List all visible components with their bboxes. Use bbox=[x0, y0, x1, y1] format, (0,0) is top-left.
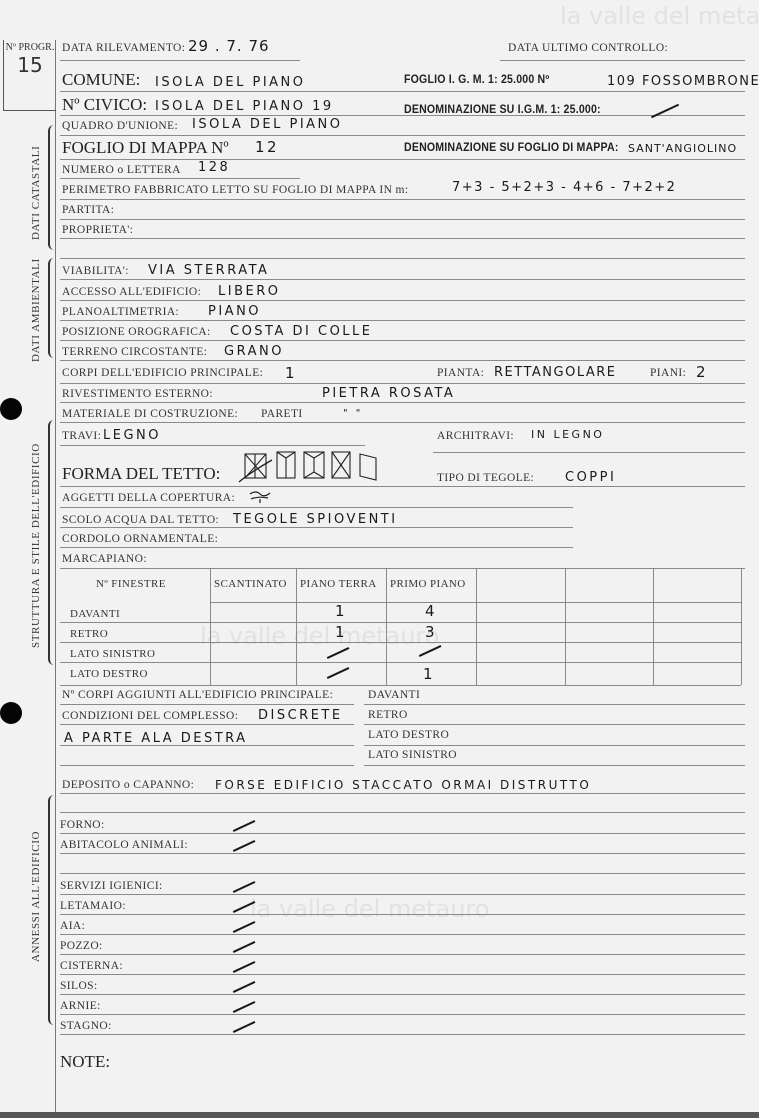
posizione-value[interactable]: COSTA DI COLLE bbox=[230, 324, 373, 339]
binder-hole bbox=[0, 398, 22, 420]
rule bbox=[60, 159, 745, 160]
corpi-aggiunti-lato-sinistro-label: LATO SINISTRO bbox=[368, 749, 457, 761]
rule bbox=[60, 974, 745, 975]
corpi-aggiunti-davanti-label: DAVANTI bbox=[368, 689, 420, 701]
piani-value[interactable]: 2 bbox=[696, 363, 708, 381]
rule bbox=[60, 527, 573, 528]
pianta-value[interactable]: RETTANGOLARE bbox=[494, 365, 617, 380]
rule bbox=[60, 793, 745, 794]
blank-mark-icon bbox=[233, 981, 255, 993]
condizioni-note[interactable]: A PARTE ALA DESTRA bbox=[64, 731, 248, 746]
section-annessi: ANNESSI ALL'EDIFICIO bbox=[30, 831, 42, 962]
note-label: NOTE: bbox=[60, 1052, 110, 1072]
pareti-label: PARETI bbox=[261, 408, 303, 420]
deposito-label: DEPOSITO o CAPANNO: bbox=[62, 779, 194, 791]
finestre-table: Nº FINESTRE SCANTINATO PIANO TERRA PRIMO… bbox=[60, 568, 745, 685]
comune-label: COMUNE: bbox=[62, 70, 140, 90]
rule bbox=[60, 833, 745, 834]
numero-label: NUMERO o LETTERA bbox=[62, 164, 181, 176]
cell-retro-piano-terra[interactable]: 1 bbox=[335, 623, 345, 641]
rule bbox=[60, 178, 300, 179]
rule bbox=[60, 765, 354, 766]
roof-shape-gable-icon[interactable] bbox=[277, 452, 295, 478]
rule bbox=[364, 765, 745, 766]
progr-box: Nº PROGR. 15 bbox=[3, 40, 56, 111]
denom-mappa-value[interactable]: SANT'ANGIOLINO bbox=[628, 142, 737, 155]
aggetti-label: AGGETTI DELLA COPERTURA: bbox=[62, 492, 235, 504]
annesso-label: SERVIZI IGIENICI: bbox=[60, 880, 163, 892]
perimetro-label: PERIMETRO FABBRICATO LETTO SU FOGLIO DI … bbox=[62, 184, 409, 196]
annesso-label: LETAMAIO: bbox=[60, 900, 126, 912]
rule bbox=[433, 452, 745, 453]
travi-value[interactable]: LEGNO bbox=[103, 428, 161, 443]
watermark: la valle del metauro bbox=[250, 895, 489, 923]
rule bbox=[60, 320, 745, 321]
rule bbox=[60, 812, 745, 813]
brace bbox=[48, 795, 56, 1025]
accesso-value[interactable]: LIBERO bbox=[218, 284, 280, 299]
rivestimento-value[interactable]: PIETRA ROSATA bbox=[322, 386, 455, 401]
rule bbox=[60, 547, 573, 548]
rule bbox=[500, 60, 745, 61]
planoaltimetria-label: PLANOALTIMETRIA: bbox=[62, 306, 179, 318]
rule bbox=[60, 219, 745, 220]
annesso-label: FORNO: bbox=[60, 819, 105, 831]
section-struttura: STRUTTURA E STILE DELL'EDIFICIO bbox=[30, 443, 42, 648]
rule bbox=[60, 135, 745, 136]
blank-mark-icon bbox=[327, 667, 349, 679]
rule bbox=[60, 934, 745, 935]
corpi-label: CORPI DELL'EDIFICIO PRINCIPALE: bbox=[62, 367, 263, 379]
piani-label: PIANI: bbox=[650, 367, 686, 379]
brace bbox=[48, 420, 56, 665]
corpi-aggiunti-lato-destro-label: LATO DESTRO bbox=[368, 729, 449, 741]
blank-mark-icon bbox=[327, 647, 349, 659]
planoaltimetria-value[interactable]: PIANO bbox=[208, 304, 261, 319]
annesso-label: ARNIE: bbox=[60, 1000, 101, 1012]
rule bbox=[364, 704, 745, 705]
scolo-value[interactable]: TEGOLE SPIOVENTI bbox=[233, 512, 398, 527]
rule bbox=[60, 422, 745, 423]
column-header-primo-piano: PRIMO PIANO bbox=[390, 578, 466, 590]
pareti-value[interactable]: " " bbox=[343, 408, 363, 419]
roof-shape-shed-icon[interactable] bbox=[360, 454, 376, 480]
cell-retro-primo-piano[interactable]: 3 bbox=[425, 623, 435, 641]
annesso-label: AIA: bbox=[60, 920, 85, 932]
binder-hole bbox=[0, 702, 22, 724]
cordolo-label: CORDOLO ORNAMENTALE: bbox=[62, 533, 218, 545]
corpi-value[interactable]: 1 bbox=[285, 364, 297, 382]
data-rilevamento-label: DATA RILEVAMENTO: bbox=[62, 42, 185, 54]
rule bbox=[60, 1034, 745, 1035]
rule bbox=[364, 745, 745, 746]
quadro-value[interactable]: ISOLA DEL PIANO bbox=[192, 117, 343, 132]
terreno-label: TERRENO CIRCOSTANTE: bbox=[62, 346, 207, 358]
rule bbox=[60, 360, 745, 361]
rule bbox=[60, 402, 745, 403]
foglio-mappa-label: FOGLIO DI MAPPA Nº bbox=[62, 138, 229, 158]
brace bbox=[48, 125, 56, 250]
cell-davanti-piano-terra[interactable]: 1 bbox=[335, 602, 345, 620]
rule bbox=[60, 507, 573, 508]
rule bbox=[60, 894, 745, 895]
proprieta-label: PROPRIETA': bbox=[62, 224, 133, 236]
rule bbox=[60, 914, 745, 915]
annesso-label: ABITACOLO ANIMALI: bbox=[60, 839, 188, 851]
data-rilevamento-value[interactable]: 29 . 7. 76 bbox=[188, 37, 270, 55]
blank-mark-icon bbox=[233, 1021, 255, 1033]
rule bbox=[60, 383, 745, 384]
quadro-label: QUADRO D'UNIONE: bbox=[62, 120, 178, 132]
terreno-value[interactable]: GRANO bbox=[224, 344, 284, 359]
condizioni-label: CONDIZIONI DEL COMPLESSO: bbox=[62, 710, 238, 722]
blank-mark-icon bbox=[419, 645, 441, 657]
rule bbox=[60, 199, 745, 200]
rule bbox=[60, 704, 354, 705]
architravi-label: ARCHITRAVI: bbox=[437, 430, 514, 442]
roof-shape-gable-ends-icon[interactable] bbox=[304, 452, 324, 478]
rule bbox=[60, 1014, 745, 1015]
tipo-tegole-label: TIPO DI TEGOLE: bbox=[437, 472, 534, 484]
igm-label: FOGLIO I. G. M. 1: 25.000 Nº bbox=[404, 74, 549, 86]
pianta-label: PIANTA: bbox=[437, 367, 484, 379]
data-ultimo-controllo-label: DATA ULTIMO CONTROLLO: bbox=[508, 42, 668, 54]
rule bbox=[60, 340, 745, 341]
forma-tetto-label: FORMA DEL TETTO: bbox=[62, 464, 220, 484]
section-dati-ambientali: DATI AMBIENTALI bbox=[30, 258, 42, 362]
travi-label: TRAVI: bbox=[62, 430, 101, 442]
rule bbox=[60, 853, 745, 854]
denom-igm-label: DENOMINAZIONE SU I.G.M. 1: 25.000: bbox=[404, 104, 601, 116]
posizione-label: POSIZIONE OROGRAFICA: bbox=[62, 326, 211, 338]
architravi-value[interactable]: IN LEGNO bbox=[531, 428, 604, 441]
materiale-label: MATERIALE DI COSTRUZIONE: bbox=[62, 408, 238, 420]
foglio-mappa-value[interactable]: 12 bbox=[255, 138, 279, 156]
rule bbox=[60, 258, 745, 259]
deposito-value[interactable]: FORSE EDIFICIO STACCATO ORMAI DISTRUTTO bbox=[215, 778, 591, 792]
igm-value[interactable]: 109 FOSSOMBRONE bbox=[607, 74, 759, 89]
finestre-header: Nº FINESTRE bbox=[96, 578, 166, 590]
corpi-aggiunti-retro-label: RETRO bbox=[368, 709, 408, 721]
rule bbox=[60, 279, 745, 280]
roof-shape-pavilion-icon[interactable] bbox=[332, 452, 350, 478]
eaves-sketch-icon bbox=[248, 490, 272, 504]
rule bbox=[60, 724, 354, 725]
rule bbox=[364, 724, 745, 725]
rule bbox=[60, 486, 745, 487]
comune-value[interactable]: ISOLA DEL PIANO bbox=[155, 75, 306, 90]
civico-value[interactable]: ISOLA DEL PIANO 19 bbox=[155, 99, 334, 114]
rule bbox=[60, 745, 354, 746]
civico-label: Nº CIVICO: bbox=[62, 95, 147, 115]
page-edge bbox=[0, 1112, 759, 1118]
rule bbox=[60, 300, 745, 301]
cell-davanti-primo-piano[interactable]: 4 bbox=[425, 602, 435, 620]
row-label-retro: RETRO bbox=[70, 628, 108, 640]
marcapiano-label: MARCAPIANO: bbox=[62, 553, 147, 565]
column-header-piano-terra: PIANO TERRA bbox=[300, 578, 377, 590]
condizioni-value[interactable]: DISCRETE bbox=[258, 708, 343, 723]
rule bbox=[60, 994, 745, 995]
progr-label: Nº PROGR. bbox=[0, 40, 60, 53]
blank-mark-icon bbox=[233, 840, 255, 852]
rule bbox=[60, 873, 745, 874]
watermark: la valle del metauro bbox=[560, 2, 759, 30]
corpi-aggiunti-label: Nº CORPI AGGIUNTI ALL'EDIFICIO PRINCIPAL… bbox=[62, 689, 333, 701]
row-label-lato-destro: LATO DESTRO bbox=[70, 668, 148, 680]
annesso-label: POZZO: bbox=[60, 940, 103, 952]
blank-mark-icon bbox=[233, 881, 255, 893]
cell-lato-destro-primo-piano[interactable]: 1 bbox=[423, 665, 433, 683]
roof-shape-hipped-icon[interactable] bbox=[239, 454, 272, 482]
tipo-tegole-value[interactable]: COPPI bbox=[565, 470, 616, 485]
brace bbox=[48, 258, 56, 358]
column-header-scantinato: SCANTINATO bbox=[214, 578, 287, 590]
rule bbox=[60, 115, 745, 116]
viabilita-label: VIABILITA': bbox=[62, 265, 129, 277]
partita-label: PARTITA: bbox=[62, 204, 114, 216]
rule bbox=[60, 91, 745, 92]
perimetro-value[interactable]: 7+3 - 5+2+3 - 4+6 - 7+2+2 bbox=[452, 180, 676, 195]
annesso-label: STAGNO: bbox=[60, 1020, 112, 1032]
roof-shape-options bbox=[236, 448, 381, 483]
annesso-label: SILOS: bbox=[60, 980, 98, 992]
blank-mark-icon bbox=[233, 961, 255, 973]
rule bbox=[60, 238, 745, 239]
numero-value[interactable]: 128 bbox=[198, 160, 230, 175]
scolo-label: SCOLO ACQUA DAL TETTO: bbox=[62, 514, 219, 526]
rule bbox=[60, 445, 365, 446]
rule bbox=[60, 954, 745, 955]
row-label-davanti: DAVANTI bbox=[70, 608, 120, 620]
blank-mark-icon bbox=[233, 941, 255, 953]
blank-mark-icon bbox=[233, 1001, 255, 1013]
denom-mappa-label: DENOMINAZIONE SU FOGLIO DI MAPPA: bbox=[404, 142, 619, 154]
blank-mark-icon bbox=[233, 820, 255, 832]
accesso-label: ACCESSO ALL'EDIFICIO: bbox=[62, 286, 201, 298]
annesso-label: CISTERNA: bbox=[60, 960, 123, 972]
row-label-lato-sinistro: LATO SINISTRO bbox=[70, 648, 155, 660]
rule bbox=[60, 60, 300, 61]
progr-value: 15 bbox=[4, 53, 56, 77]
section-dati-catastali: DATI CATASTALI bbox=[30, 146, 42, 240]
viabilita-value[interactable]: VIA STERRATA bbox=[148, 263, 269, 278]
blank-mark-icon bbox=[233, 921, 255, 933]
rivestimento-label: RIVESTIMENTO ESTERNO: bbox=[62, 388, 213, 400]
